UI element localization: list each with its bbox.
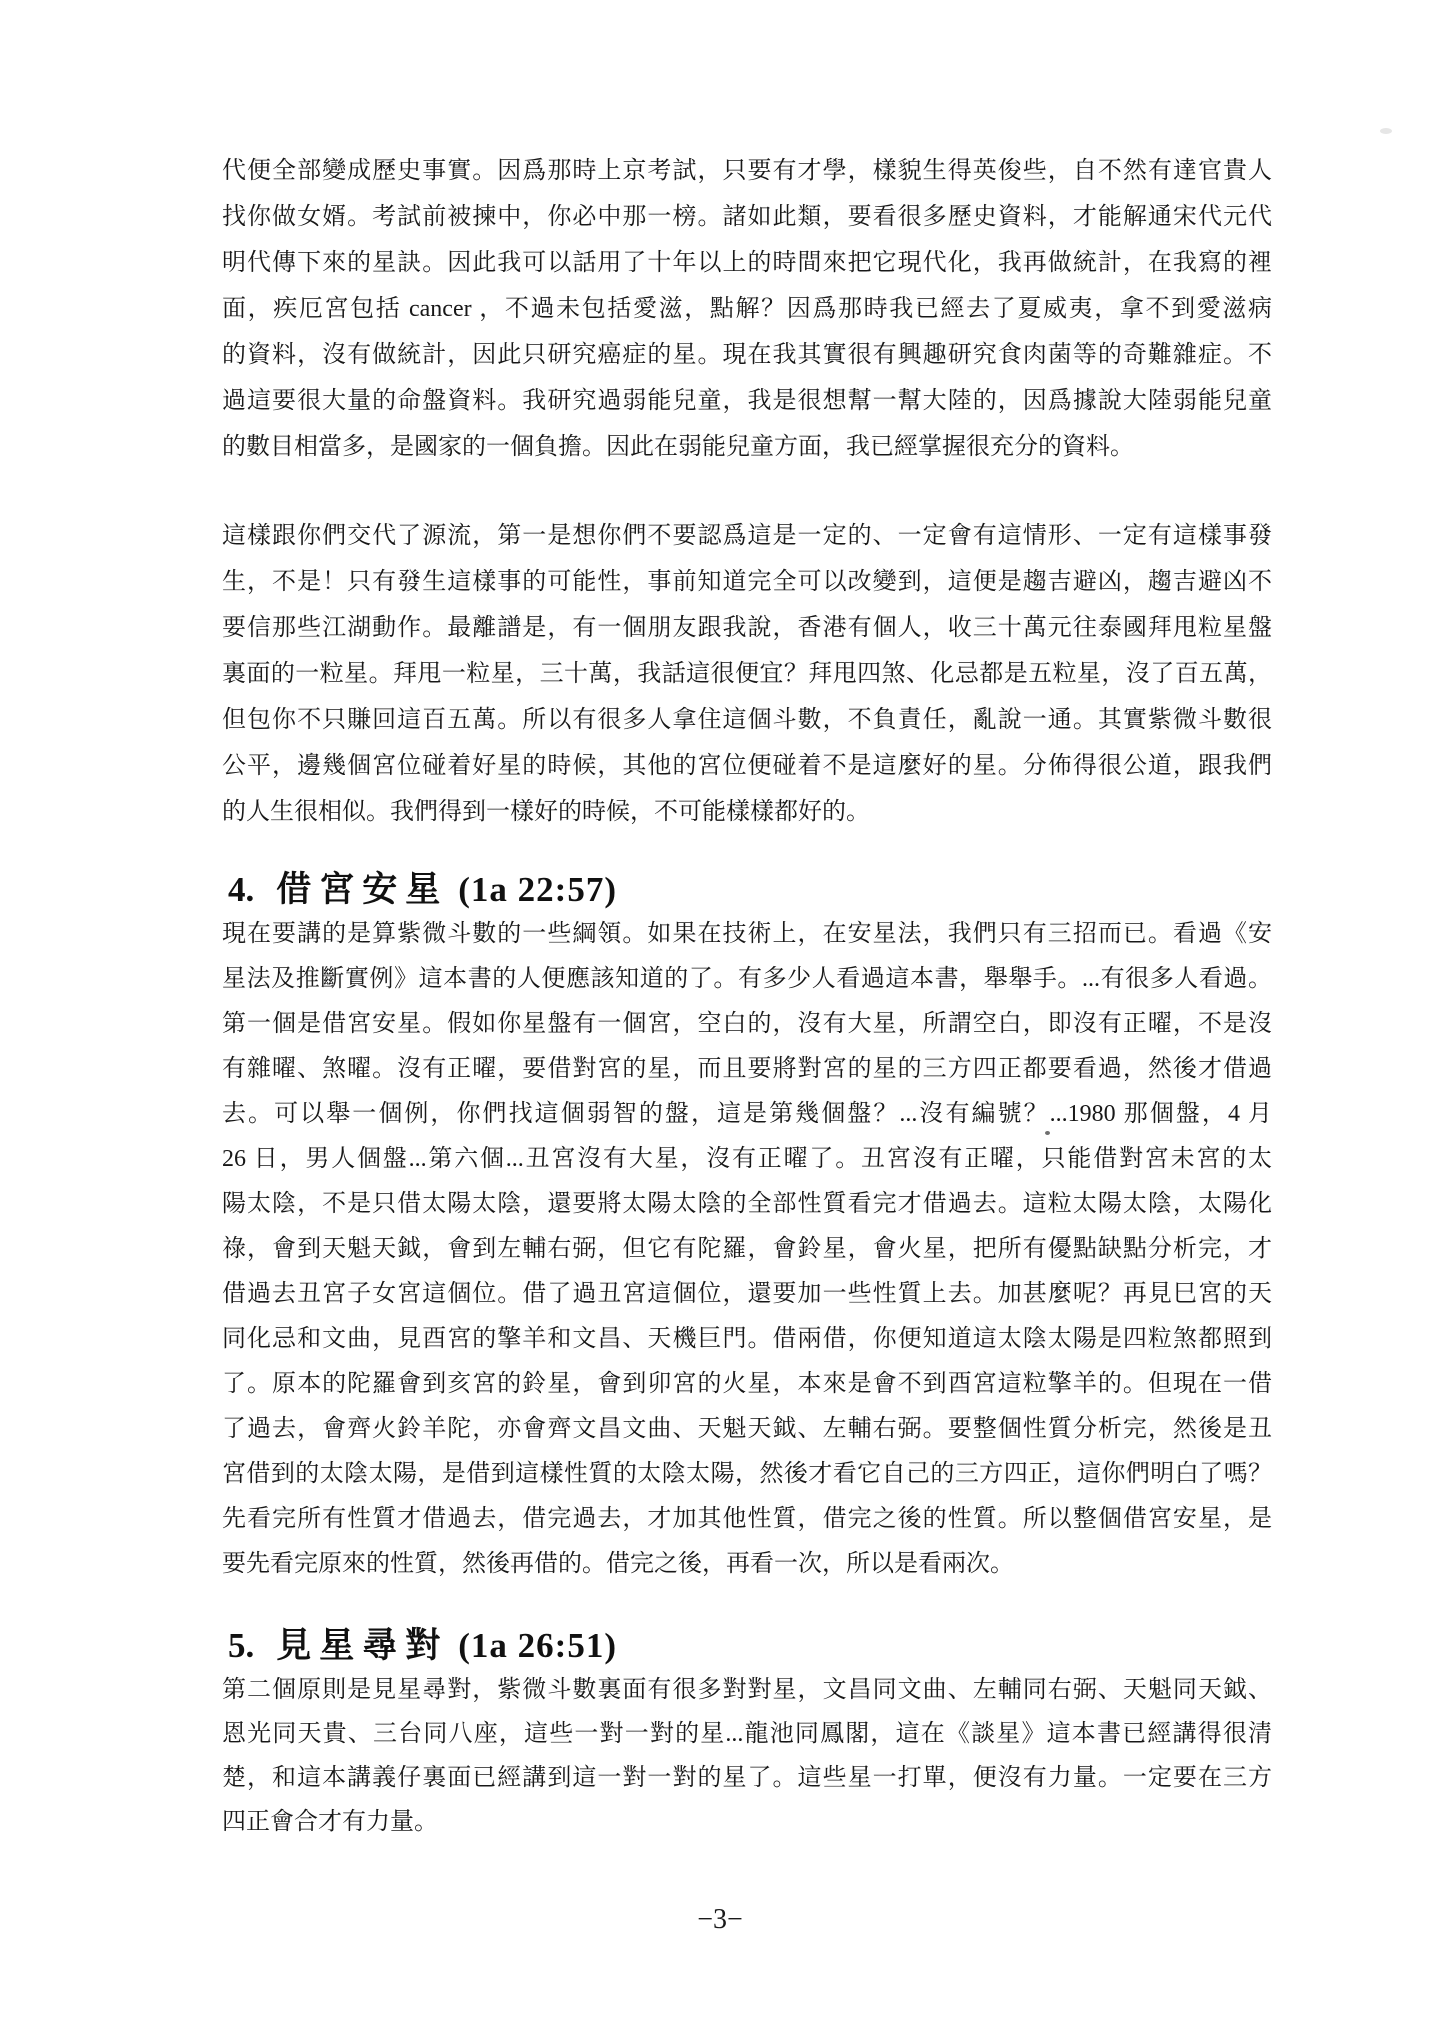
text-line: 宮借到的太陰太陽，是借到這樣性質的太陰太陽，然後才看它自己的三方四正，這你們明白… [222, 1452, 1272, 1497]
section-5-heading: 5.見星尋對(1a 26:51) [228, 1622, 617, 1670]
text-line: 的資料，沒有做統計，因此只研究癌症的星。現在我其實很有興趣研究食肉菌等的奇難雜症… [222, 332, 1272, 378]
text-line: 明代傳下來的星訣。因此我可以話用了十年以上的時間來把它現代化，我再做統計，在我寫… [222, 240, 1272, 286]
text-line: 要先看完原來的性質，然後再借的。借完之後，再看一次，所以是看兩次。 [222, 1542, 1272, 1587]
text-line: 了過去，會齊火鈴羊陀，亦會齊文昌文曲、天魁天鉞、左輔右弼。要整個性質分析完，然後… [222, 1407, 1272, 1452]
text-line: 楚，和這本講義仔裏面已經講到這一對一對的星了。這些星一打單，便沒有力量。一定要在… [222, 1756, 1272, 1800]
section-5-body: 第二個原則是見星尋對，紫微斗數裏面有很多對對星，文昌同文曲、左輔同右弼、天魁同天… [222, 1668, 1272, 1844]
text-line: 恩光同天貴、三台同八座，這些一對一對的星...龍池同鳳閣，這在《談星》這本書已經… [222, 1712, 1272, 1756]
text-line: 現在要講的是算紫微斗數的一些綱領。如果在技術上，在安星法，我們只有三招而已。看過… [222, 912, 1272, 957]
text-line: 26 日，男人個盤...第六個...丑宮沒有大星，沒有正曜了。丑宮沒有正曜，只能… [222, 1137, 1272, 1182]
text-line: 公平，邊幾個宮位碰着好星的時候，其他的宮位便碰着不是這麼好的星。分佈得很公道，跟… [222, 743, 1272, 789]
paragraph-origins-advice: 這樣跟你們交代了源流，第一是想你們不要認爲這是一定的、一定會有這情形、一定有這樣… [222, 513, 1272, 835]
section-4-timestamp: (1a 22:57) [458, 870, 617, 909]
text-line: 代便全部變成歷史事實。因爲那時上京考試，只要有才學，樣貌生得英俊些，自不然有達官… [222, 148, 1272, 194]
text-line: 裏面的一粒星。拜甩一粒星，三十萬，我話這很便宜？拜甩四煞、化忌都是五粒星，沒了百… [222, 651, 1272, 697]
text-line: 過這要很大量的命盤資料。我研究過弱能兒童，我是很想幫一幫大陸的，因爲據說大陸弱能… [222, 378, 1272, 424]
text-line: 了。原本的陀羅會到亥宮的鈴星，會到卯宮的火星，本來是會不到酉宮這粒擎羊的。但現在… [222, 1362, 1272, 1407]
text-line: 陽太陰，不是只借太陽太陰，還要將太陽太陰的全部性質看完才借過去。這粒太陽太陰，太… [222, 1182, 1272, 1227]
section-5-timestamp: (1a 26:51) [458, 1626, 617, 1665]
scan-ink-dot [1045, 1131, 1050, 1135]
text-line: 借過去丑宮子女宮這個位。借了過丑宮這個位，還要加一些性質上去。加甚麼呢？再見巳宮… [222, 1272, 1272, 1317]
text-line: 第一個是借宮安星。假如你星盤有一個宮，空白的，沒有大星，所謂空白，即沒有正曜，不… [222, 1002, 1272, 1047]
text-line: 找你做女婿。考試前被揀中，你必中那一榜。諸如此類，要看很多歷史資料，才能解通宋代… [222, 194, 1272, 240]
text-line: 去。可以舉一個例，你們找這個弱智的盤，這是第幾個盤？...沒有編號？...198… [222, 1092, 1272, 1137]
section-5-title: 見星尋對 [276, 1626, 448, 1665]
text-line: 要信那些江湖動作。最離譜是，有一個朋友跟我說，香港有個人，收三十萬元往泰國拜甩粒… [222, 605, 1272, 651]
paragraph-history-research: 代便全部變成歷史事實。因爲那時上京考試，只要有才學，樣貌生得英俊些，自不然有達官… [222, 148, 1272, 470]
text-line: 星法及推斷實例》這本書的人便應該知道的了。有多少人看過這本書，舉舉手。...有很… [222, 957, 1272, 1002]
text-line: 四正會合才有力量。 [222, 1800, 1272, 1844]
scan-artifact-dot [1380, 128, 1392, 134]
text-line: 的人生很相似。我們得到一樣好的時候，不可能樣樣都好的。 [222, 789, 1272, 835]
text-line: 第二個原則是見星尋對，紫微斗數裏面有很多對對星，文昌同文曲、左輔同右弼、天魁同天… [222, 1668, 1272, 1712]
text-line: 的數目相當多，是國家的一個負擔。因此在弱能兒童方面，我已經掌握很充分的資料。 [222, 424, 1272, 470]
section-5-number: 5. [228, 1626, 254, 1665]
text-line: 面，疾厄宮包括 cancer ，不過未包括愛滋，點解？因爲那時我已經去了夏威夷，… [222, 286, 1272, 332]
text-line: 生，不是！只有發生這樣事的可能性，事前知道完全可以改變到，這便是趨吉避凶，趨吉避… [222, 559, 1272, 605]
section-4-title: 借宮安星 [276, 870, 448, 909]
text-line: 祿，會到天魁天鉞，會到左輔右弼，但它有陀羅，會鈴星，會火星，把所有優點缺點分析完… [222, 1227, 1272, 1272]
text-line: 同化忌和文曲，見酉宮的擎羊和文昌、天機巨門。借兩借，你便知道這太陰太陽是四粒煞都… [222, 1317, 1272, 1362]
document-page: 代便全部變成歷史事實。因爲那時上京考試，只要有才學，樣貌生得英俊些，自不然有達官… [0, 0, 1440, 2019]
section-4-body: 現在要講的是算紫微斗數的一些綱領。如果在技術上，在安星法，我們只有三招而已。看過… [222, 912, 1272, 1587]
section-4-heading: 4.借宮安星(1a 22:57) [228, 866, 617, 914]
section-4-number: 4. [228, 870, 254, 909]
text-line: 有雜曜、煞曜。沒有正曜，要借對宮的星，而且要將對宮的星的三方四正都要看過，然後才… [222, 1047, 1272, 1092]
text-line: 這樣跟你們交代了源流，第一是想你們不要認爲這是一定的、一定會有這情形、一定有這樣… [222, 513, 1272, 559]
text-line: 先看完所有性質才借過去，借完過去，才加其他性質，借完之後的性質。所以整個借宮安星… [222, 1497, 1272, 1542]
page-number: −3− [0, 1906, 1440, 1934]
text-line: 但包你不只賺回這百五萬。所以有很多人拿住這個斗數，不負責任，亂說一通。其實紫微斗… [222, 697, 1272, 743]
